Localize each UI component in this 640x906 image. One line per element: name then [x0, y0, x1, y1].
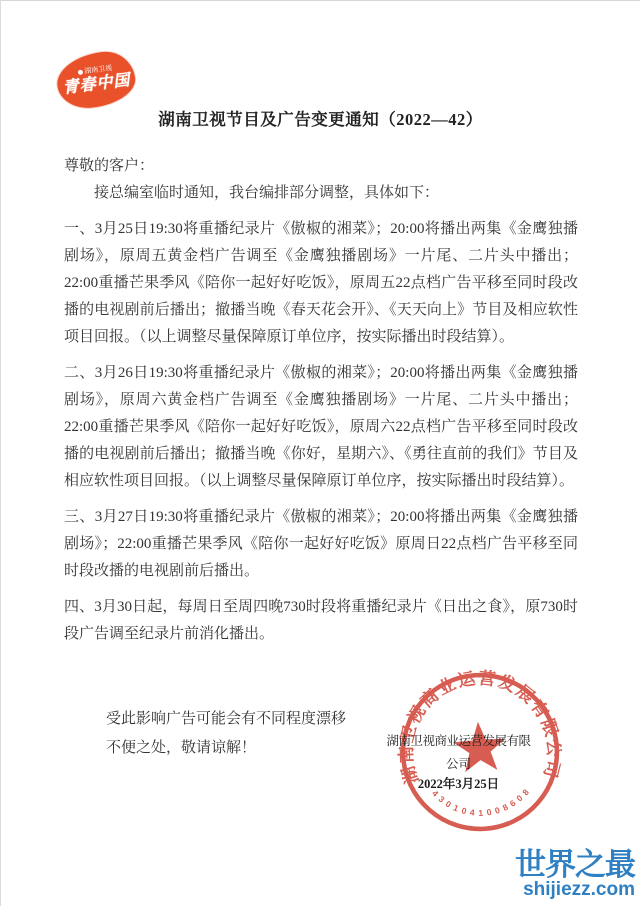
company-name-line-1: 湖南卫视商业运营发展有限	[376, 733, 541, 750]
hunan-tv-icon	[77, 70, 83, 76]
watermark-chinese-text: 世界之最	[515, 849, 635, 880]
salutation: 尊敬的客户：	[64, 153, 578, 180]
paragraph-3: 三、3月27日19:30将重播纪录片《傲椒的湘菜》；20:00将播出两集《金鹰独…	[64, 504, 578, 585]
paragraph-2: 二、3月26日19:30将重播纪录片《傲椒的湘菜》；20:00将播出两集《金鹰独…	[64, 360, 578, 495]
site-watermark: 世界之最 shijiezz.com	[515, 849, 635, 900]
document-title: 湖南卫视节目及广告变更通知（2022—42）	[1, 106, 640, 130]
watermark-domain-text: shijiezz.com	[515, 880, 635, 900]
document-page: 湖南卫视 青春中国 湖南卫视节目及广告变更通知（2022—42） 尊敬的客户： …	[0, 0, 640, 906]
paragraph-1: 一、3月25日19:30将重播纪录片《傲椒的湘菜》；20:00将播出两集《金鹰独…	[64, 216, 578, 351]
signature-date: 2022年3月25日	[376, 776, 541, 792]
signature-block: 湖南卫视商业运营发展有限 公司 2022年3月25日	[376, 733, 541, 792]
hunan-tv-youth-china-logo: 湖南卫视 青春中国	[54, 48, 138, 111]
intro-line: 接总编室临时通知，我台编排部分调整，具体如下：	[64, 180, 578, 207]
logo-brand-label: 青春中国	[62, 70, 132, 97]
paragraph-4: 四、3月30日起，每周日至周四晚730时段将重播纪录片《日出之食》，原730时段…	[64, 594, 578, 648]
company-name-line-2: 公司	[376, 756, 541, 773]
